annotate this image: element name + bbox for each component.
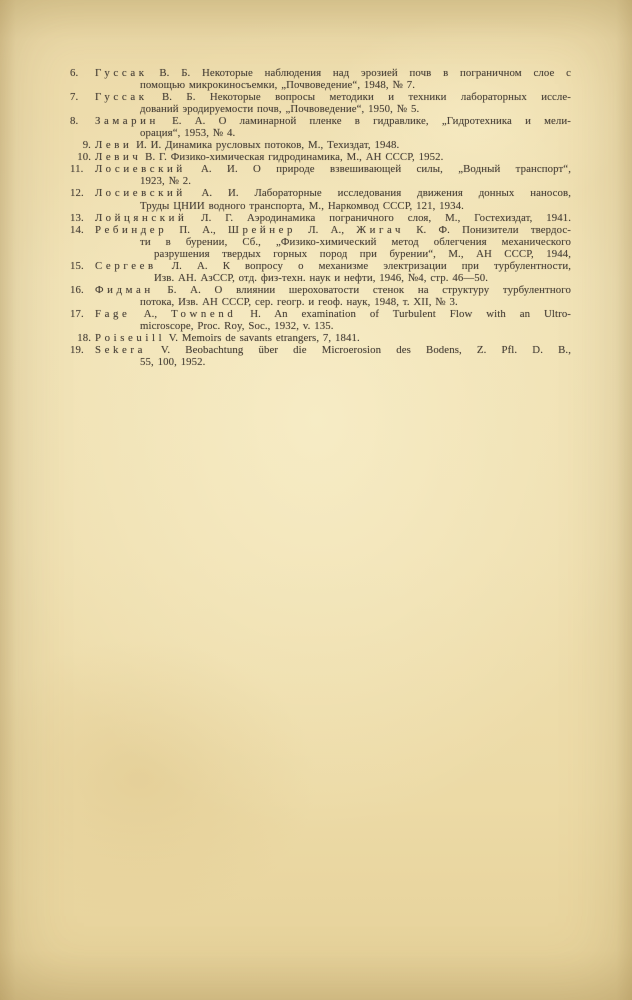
reference-line: 1923, № 2. bbox=[70, 175, 571, 187]
reference-text: ти в бурении, Сб., „Физико-химический ме… bbox=[140, 236, 571, 248]
reference-line: потока, Изв. АН СССР, сер. геогр. и геоф… bbox=[70, 296, 571, 308]
reference-item: 7.Гуссак В. Б. Некоторые вопросы методик… bbox=[70, 91, 571, 115]
reference-item: 12.Лосиевский А. И. Лабораторные исследо… bbox=[70, 187, 571, 211]
reference-number: 9. bbox=[70, 139, 91, 151]
reference-number: 6. bbox=[70, 67, 91, 79]
reference-item: 15.Сергеев Л. А. К вопросу о механизме э… bbox=[70, 260, 571, 284]
bibliography-list: 6.Гуссак В. Б. Некоторые наблюдения над … bbox=[70, 67, 571, 368]
reference-text: Л. Г. Аэродинамика пограничного слоя, М.… bbox=[187, 212, 571, 224]
reference-number: 14. bbox=[70, 224, 91, 236]
reference-number: 8. bbox=[70, 115, 91, 127]
reference-text: V. Memoirs de savants etrangers, 7, 1841… bbox=[165, 332, 360, 344]
reference-number: 19. bbox=[70, 344, 91, 356]
reference-line: помощью микрокиносъемки, „Почвоведение“,… bbox=[70, 79, 571, 91]
reference-number: 15. bbox=[70, 260, 91, 272]
reference-item: 19.Sekera V. Beobachtung über die Microe… bbox=[70, 344, 571, 368]
reference-line: 12.Лосиевский А. И. Лабораторные исследо… bbox=[70, 187, 571, 199]
reference-text: В. Б. Некоторые наблюдения над эрозией п… bbox=[148, 67, 571, 79]
reference-line: 8.Замарин Е. А. О ламинарной пленке в ги… bbox=[70, 115, 571, 127]
reference-text: 1923, № 2. bbox=[140, 175, 191, 187]
reference-text: Изв. АН. АзССР, отд. физ-техн. наук и не… bbox=[154, 272, 488, 284]
reference-line: 15.Сергеев Л. А. К вопросу о механизме э… bbox=[70, 260, 571, 272]
reference-line: 11.Лосиевский А. И. О природе взвешивающ… bbox=[70, 163, 571, 175]
reference-item: 18.Poiseuill V. Memoirs de savants etran… bbox=[70, 332, 571, 344]
reference-number: 16. bbox=[70, 284, 91, 296]
author-name: Sekera bbox=[95, 344, 146, 356]
reference-item: 8.Замарин Е. А. О ламинарной пленке в ги… bbox=[70, 115, 571, 139]
reference-number: 7. bbox=[70, 91, 91, 103]
author-name: Ребиндер bbox=[95, 224, 167, 236]
reference-text: A., bbox=[130, 308, 171, 320]
reference-line: 9.Леви И. И. Динамика русловых потоков, … bbox=[70, 139, 571, 151]
reference-text: В. Г. Физико-химическая гидродинамика, М… bbox=[141, 151, 443, 163]
reference-line: Изв. АН. АзССР, отд. физ-техн. наук и не… bbox=[70, 272, 571, 284]
reference-item: 14.Ребиндер П. А., Шрейнер Л. А., Жигач … bbox=[70, 224, 571, 260]
reference-text: microscope, Proc. Roy, Soc., 1932, v. 13… bbox=[140, 320, 334, 332]
reference-text: Л. А. К вопросу о механизме электризации… bbox=[157, 260, 571, 272]
reference-text: дований эродируемости почв, „Почвоведени… bbox=[140, 103, 419, 115]
reference-line: 14.Ребиндер П. А., Шрейнер Л. А., Жигач … bbox=[70, 224, 571, 236]
reference-text: разрушения твердых горных пород при буре… bbox=[154, 248, 571, 260]
reference-line: 55, 100, 1952. bbox=[70, 356, 571, 368]
reference-text: Л. А., bbox=[296, 224, 356, 236]
reference-line: microscope, Proc. Roy, Soc., 1932, v. 13… bbox=[70, 320, 571, 332]
reference-line: Труды ЦНИИ водного транспорта, М., Нарко… bbox=[70, 200, 571, 212]
author-name: Лосиевский bbox=[95, 187, 186, 199]
author-name: Fage bbox=[95, 308, 130, 320]
reference-text: 55, 100, 1952. bbox=[140, 356, 205, 368]
reference-number: 10. bbox=[70, 151, 91, 163]
reference-text: А. И. О природе взвешивающей силы, „Водн… bbox=[186, 163, 571, 175]
reference-text: орация“, 1953, № 4. bbox=[140, 127, 235, 139]
reference-line: 19.Sekera V. Beobachtung über die Microe… bbox=[70, 344, 571, 356]
reference-text: Б. А. О влиянии шероховатости стенок на … bbox=[154, 284, 571, 296]
reference-number: 13. bbox=[70, 212, 91, 224]
author-name: Сергеев bbox=[95, 260, 157, 272]
reference-text: помощью микрокиносъемки, „Почвоведение“,… bbox=[140, 79, 415, 91]
reference-number: 18. bbox=[70, 332, 91, 344]
author-name: Townend bbox=[171, 308, 236, 320]
author-name: Гуссак bbox=[95, 67, 148, 79]
reference-line: ти в бурении, Сб., „Физико-химический ме… bbox=[70, 236, 571, 248]
reference-line: 10.Левич В. Г. Физико-химическая гидроди… bbox=[70, 151, 571, 163]
author-name: Лосиевский bbox=[95, 163, 186, 175]
reference-text: Труды ЦНИИ водного транспорта, М., Нарко… bbox=[140, 200, 464, 212]
reference-line: 7.Гуссак В. Б. Некоторые вопросы методик… bbox=[70, 91, 571, 103]
author-name: Фидман bbox=[95, 284, 154, 296]
reference-number: 11. bbox=[70, 163, 91, 175]
reference-text: П. А., bbox=[167, 224, 228, 236]
author-name: Шрейнер bbox=[228, 224, 296, 236]
reference-text: Е. А. О ламинарной пленке в гидравлике, … bbox=[159, 115, 571, 127]
reference-item: 10.Левич В. Г. Физико-химическая гидроди… bbox=[70, 151, 571, 163]
reference-line: 17.Fage A., Townend H. An examination of… bbox=[70, 308, 571, 320]
author-name: Замарин bbox=[95, 115, 159, 127]
author-name: Левич bbox=[95, 151, 141, 163]
reference-item: 11.Лосиевский А. И. О природе взвешивающ… bbox=[70, 163, 571, 187]
reference-text: К. Ф. Понизители твердос- bbox=[404, 224, 571, 236]
reference-item: 13.Лойцянский Л. Г. Аэродинамика пограни… bbox=[70, 212, 571, 224]
author-name: Леви bbox=[95, 139, 132, 151]
reference-item: 6.Гуссак В. Б. Некоторые наблюдения над … bbox=[70, 67, 571, 91]
reference-line: 13.Лойцянский Л. Г. Аэродинамика пограни… bbox=[70, 212, 571, 224]
reference-number: 12. bbox=[70, 187, 91, 199]
reference-text: потока, Изв. АН СССР, сер. геогр. и геоф… bbox=[140, 296, 458, 308]
scanned-page: 6.Гуссак В. Б. Некоторые наблюдения над … bbox=[0, 0, 632, 1000]
reference-item: 9.Леви И. И. Динамика русловых потоков, … bbox=[70, 139, 571, 151]
reference-line: 16.Фидман Б. А. О влиянии шероховатости … bbox=[70, 284, 571, 296]
reference-line: 6.Гуссак В. Б. Некоторые наблюдения над … bbox=[70, 67, 571, 79]
reference-text: И. И. Динамика русловых потоков, М., Тех… bbox=[132, 139, 399, 151]
reference-item: 17.Fage A., Townend H. An examination of… bbox=[70, 308, 571, 332]
reference-text: А. И. Лабораторные исследования движения… bbox=[186, 187, 571, 199]
reference-line: разрушения твердых горных пород при буре… bbox=[70, 248, 571, 260]
reference-line: орация“, 1953, № 4. bbox=[70, 127, 571, 139]
reference-line: 18.Poiseuill V. Memoirs de savants etran… bbox=[70, 332, 571, 344]
author-name: Poiseuill bbox=[95, 332, 165, 344]
author-name: Жигач bbox=[356, 224, 404, 236]
author-name: Гуссак bbox=[95, 91, 148, 103]
reference-item: 16.Фидман Б. А. О влиянии шероховатости … bbox=[70, 284, 571, 308]
reference-line: дований эродируемости почв, „Почвоведени… bbox=[70, 103, 571, 115]
reference-text: V. Beobachtung über die Microerosion des… bbox=[146, 344, 571, 356]
reference-text: H. An examination of Turbulent Flow with… bbox=[236, 308, 571, 320]
reference-number: 17. bbox=[70, 308, 91, 320]
author-name: Лойцянский bbox=[95, 212, 187, 224]
reference-text: В. Б. Некоторые вопросы методики и техни… bbox=[148, 91, 571, 103]
